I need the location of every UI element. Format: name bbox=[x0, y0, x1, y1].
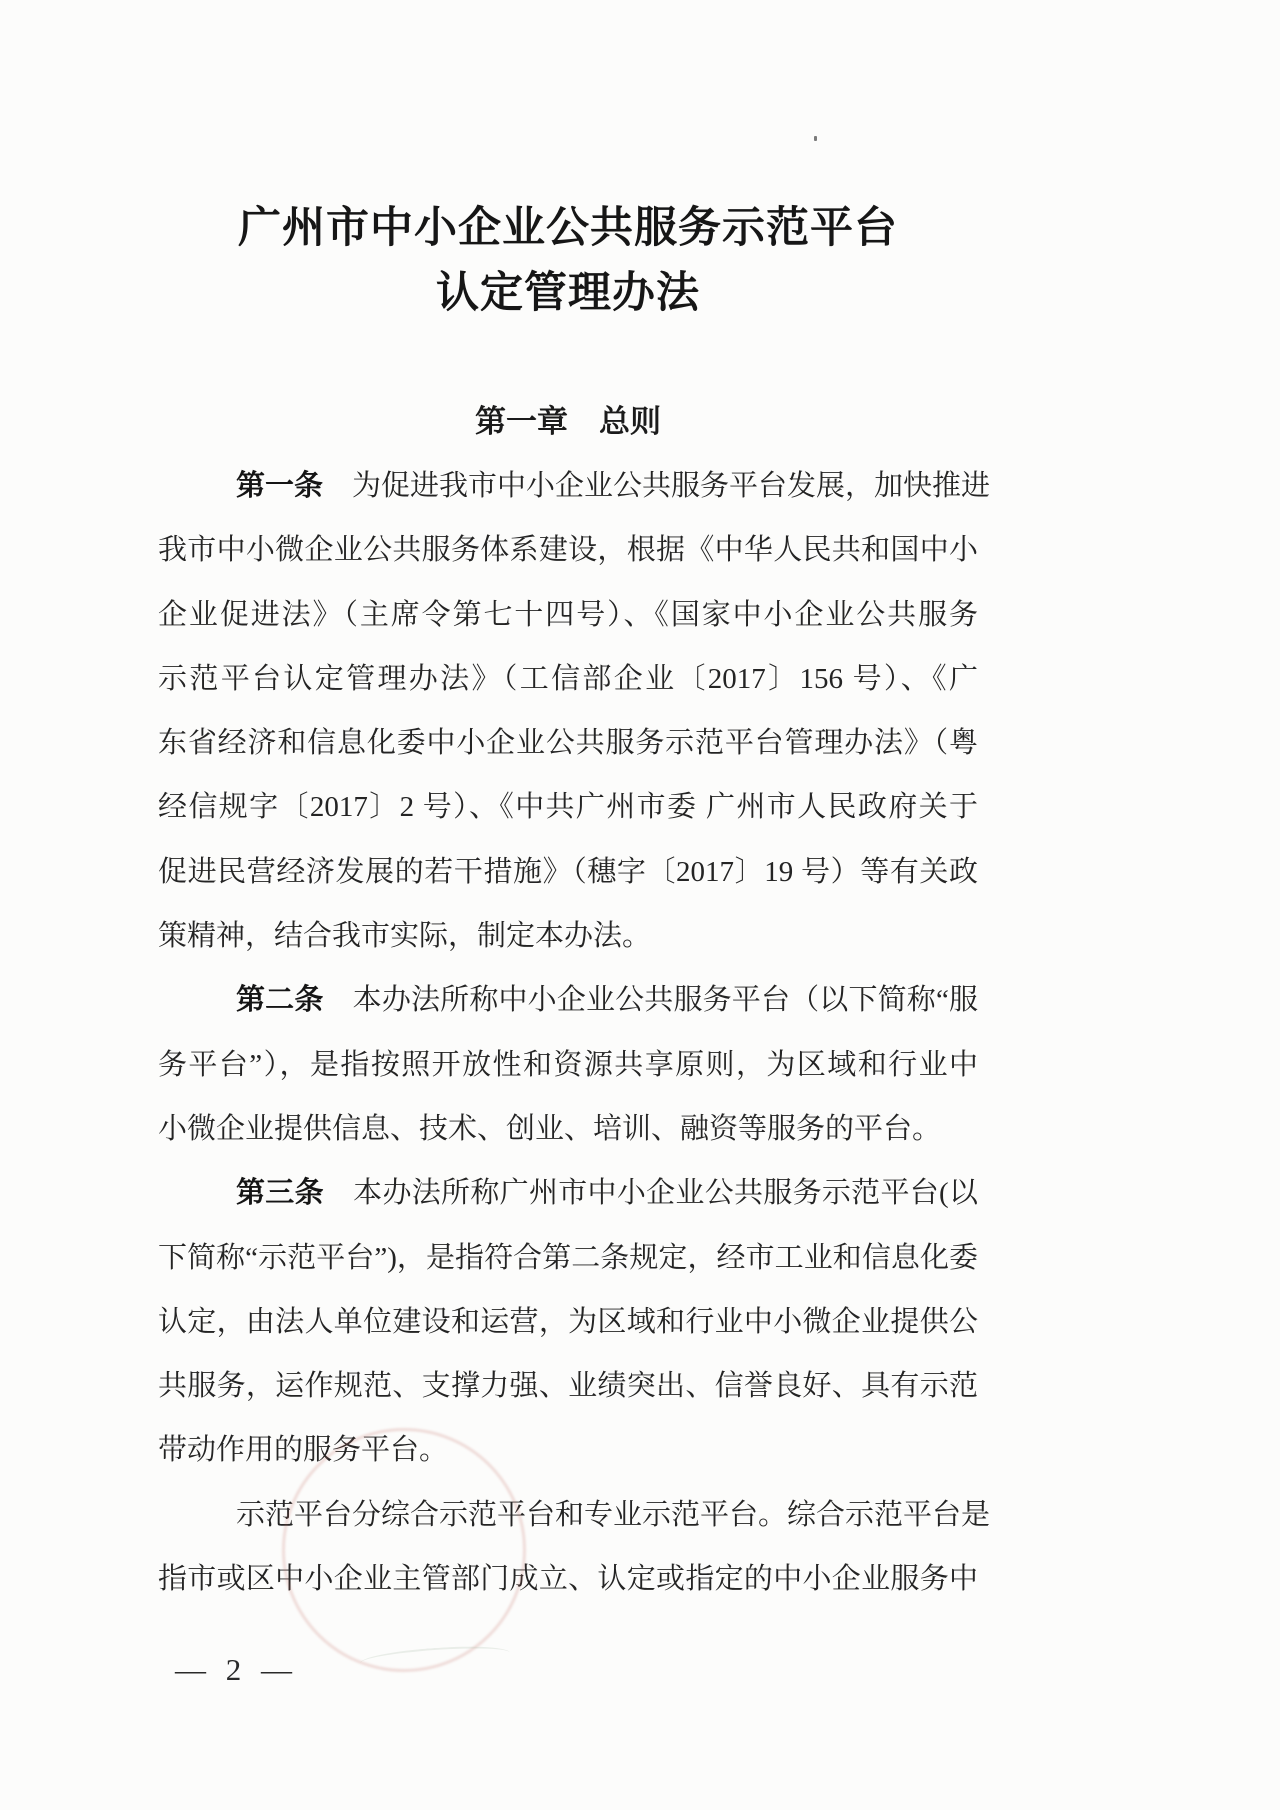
document-page: 广州市中小企业公共服务示范平台 认定管理办法 第一章 总则 第一条 为促进我市中… bbox=[0, 0, 1280, 1810]
page-number: — 2 — bbox=[175, 1652, 298, 1688]
text-line-8: 策精神，结合我市实际，制定本办法。 bbox=[158, 904, 978, 968]
text-line-9: 第二条 本办法所称中小企业公共服务平台（以下简称“服 bbox=[158, 968, 978, 1032]
text-line-3: 企业促进法》（主席令第七十四号）、《国家中小企业公共服务 bbox=[158, 583, 978, 647]
text-line-5: 东省经济和信息化委中小企业公共服务示范平台管理办法》（粤 bbox=[158, 711, 978, 775]
text-line-4: 示范平台认定管理办法》（工信部企业〔2017〕156 号）、《广 bbox=[158, 647, 978, 711]
scan-speck-artifact bbox=[814, 136, 817, 141]
article-number: 第三条 bbox=[236, 1177, 324, 1209]
document-title-line2: 认定管理办法 bbox=[158, 261, 978, 326]
text-line-18: 指市或区中小企业主管部门成立、认定或指定的中小企业服务中 bbox=[158, 1547, 978, 1611]
text-line-12: 第三条 本办法所称广州市中小企业公共服务示范平台(以 bbox=[158, 1161, 978, 1225]
article-number: 第一条 bbox=[236, 470, 323, 502]
text-line-10: 务平台”），是指按照开放性和资源共享原则，为区域和行业中 bbox=[158, 1033, 978, 1097]
text-line-17: 示范平台分综合示范平台和专业示范平台。综合示范平台是 bbox=[158, 1483, 978, 1547]
article-number: 第二条 bbox=[236, 984, 324, 1016]
text-line-7: 促进民营经济发展的若干措施》（穗字〔2017〕19 号）等有关政 bbox=[158, 840, 978, 904]
text-line-1: 第一条 为促进我市中小企业公共服务平台发展，加快推进 bbox=[158, 454, 978, 518]
chapter-heading: 第一章 总则 bbox=[158, 402, 978, 442]
text-line-2: 我市中小微企业公共服务体系建设，根据《中华人民共和国中小 bbox=[158, 518, 978, 582]
faint-seal-stamp bbox=[282, 1428, 526, 1672]
text-line-15: 共服务，运作规范、支撑力强、业绩突出、信誉良好、具有示范 bbox=[158, 1354, 978, 1418]
text-line-11: 小微企业提供信息、技术、创业、培训、融资等服务的平台。 bbox=[158, 1097, 978, 1161]
document-body: 第一条 为促进我市中小企业公共服务平台发展，加快推进我市中小微企业公共服务体系建… bbox=[158, 454, 978, 1611]
text-line-16: 带动作用的服务平台。 bbox=[158, 1418, 978, 1482]
text-line-6: 经信规字〔2017〕2 号）、《中共广州市委 广州市人民政府关于 bbox=[158, 775, 978, 839]
text-line-14: 认定，由法人单位建设和运营，为区域和行业中小微企业提供公 bbox=[158, 1290, 978, 1354]
document-title: 广州市中小企业公共服务示范平台 认定管理办法 bbox=[158, 196, 978, 326]
text-line-13: 下简称“示范平台”)，是指符合第二条规定，经市工业和信息化委 bbox=[158, 1226, 978, 1290]
document-title-line1: 广州市中小企业公共服务示范平台 bbox=[158, 196, 978, 261]
